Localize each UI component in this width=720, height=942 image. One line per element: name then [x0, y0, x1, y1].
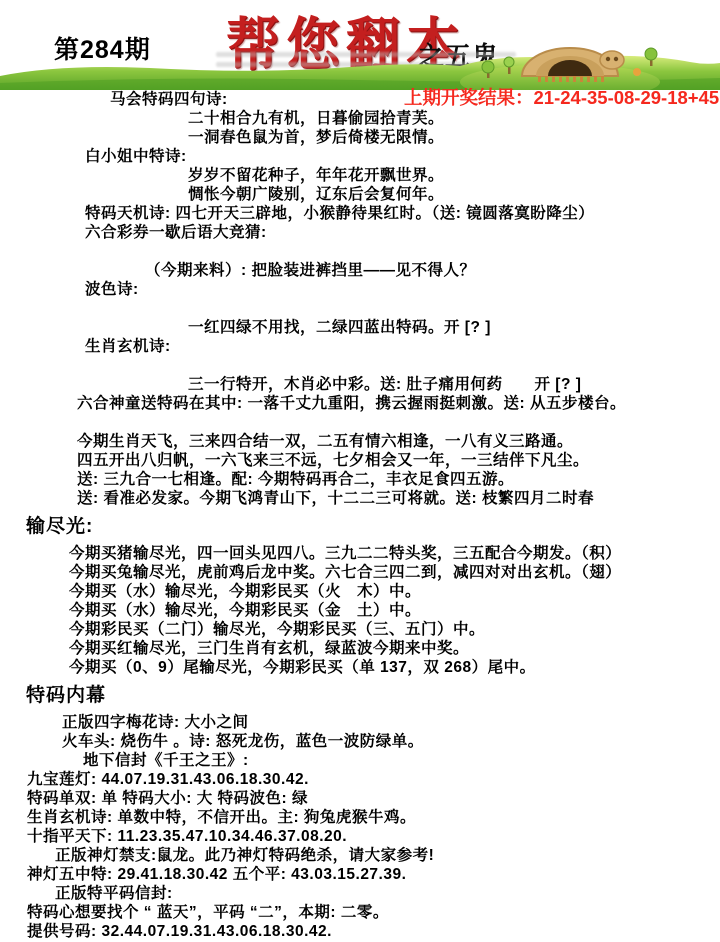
- text-line: 波色诗:: [85, 280, 720, 299]
- text-line: 九宝莲灯: 44.07.19.31.43.06.18.30.42.: [27, 770, 720, 789]
- text-line: 今期买（0、9）尾输尽光，今期彩民买（单 137，双 268）尾中。: [69, 658, 720, 677]
- text-line: 六合彩券一歇后语大竞猜:: [85, 223, 720, 242]
- text-line: 三一行特开，木肖必中彩。送: 肚子痛用何药 开 [? ]: [188, 375, 720, 394]
- text-line: 火车头: 烧伤牛 。诗: 怒死龙伤，蓝色一波防绿单。: [62, 732, 720, 751]
- text-line: 一洞春色鼠为首，梦后倚楼无限情。: [188, 128, 720, 147]
- text-line: 一红四绿不用找，二绿四蓝出特码。开 [? ]: [188, 318, 720, 337]
- text-line: 正版神灯禁支:鼠龙。此乃神灯特码绝杀，请大家参考!: [55, 846, 720, 865]
- masthead: 第284期 帮您翻本 之五鬼: [0, 0, 720, 90]
- text-line: 特码单双: 单 特码大小: 大 特码波色: 绿: [27, 789, 720, 808]
- text-line: 今期买（水）输尽光，今期彩民买（火 木）中。: [69, 582, 720, 601]
- text-line: 正版特平码信封:: [55, 884, 720, 903]
- blank-line: [85, 242, 720, 261]
- text-line: 提供号码: 32.44.07.19.31.43.06.18.30.42.: [27, 922, 720, 941]
- text-line: （今期来料）: 把脸装进裤挡里——见不得人？: [145, 261, 720, 280]
- text-line: 神灯五中特: 29.41.18.30.42 五个平: 43.03.15.27.3…: [27, 865, 720, 884]
- section-header: 特码内幕: [26, 677, 720, 713]
- grass-band-illustration: [0, 36, 720, 90]
- blank-line: [85, 356, 720, 375]
- text-line: 今期生肖天飞，三来四合结一双，二五有情六相逢，一八有义三路通。: [77, 432, 720, 451]
- text-line: 生肖玄机诗:: [85, 337, 720, 356]
- text-line: 今期买猪输尽光，四一回头见四八。三九二二特头奖，三五配合今期发。（积）: [69, 544, 720, 563]
- text-line: 马会特码四句诗:: [110, 90, 720, 109]
- text-line: 今期彩民买（二门）输尽光，今期彩民买（三、五门）中。: [69, 620, 720, 639]
- text-line: 送: 三九合一七相逢。配: 今期特码再合二，丰衣足食四五游。: [77, 470, 720, 489]
- text-line: 六合神童送特码在其中: 一落千丈九重阳，携云握雨挺刺激。送: 从五步楼台。: [77, 394, 720, 413]
- text-line: 惆怅今朝广陵别，辽东后会复何年。: [188, 185, 720, 204]
- text-line: 生肖玄机诗: 单数中特，不信开出。主: 狗兔虎猴牛鸡。: [27, 808, 720, 827]
- text-line: 今期买（水）输尽光，今期彩民买（金 土）中。: [69, 601, 720, 620]
- text-line: 特码天机诗: 四七开天三辟地，小猴静待果红时。（送: 镜圆落寞盼降尘）: [85, 204, 720, 223]
- text-line: 特码心想要找个 “ 蓝天”，平码 “二”，本期: 二零。: [27, 903, 720, 922]
- blank-line: [85, 299, 720, 318]
- text-line: 送: 看准必发家。今期飞鸿青山下，十二二三可将就。送: 枝繁四月二时春: [77, 489, 720, 508]
- text-line: 四五开出八归帆，一六飞来三不远，七夕相会又一年，一三结伴下凡尘。: [77, 451, 720, 470]
- text-line: 二十相合九有机，日暮偷园拾青芙。: [188, 109, 720, 128]
- section-header: 输尽光:: [26, 508, 720, 544]
- text-line: 正版四字梅花诗: 大小之间: [62, 713, 720, 732]
- blank-line: [85, 413, 720, 432]
- content-lines: 马会特码四句诗:二十相合九有机，日暮偷园拾青芙。一洞春色鼠为首，梦后倚楼无限情。…: [0, 90, 720, 941]
- text-line: 今期买红输尽光，三门生肖有玄机，绿蓝波今期来中奖。: [69, 639, 720, 658]
- text-line: 白小姐中特诗:: [85, 147, 720, 166]
- text-line: 今期买兔输尽光，虎前鸡后龙中奖。六七合三四二到，减四对对出玄机。（翅）: [69, 563, 720, 582]
- text-line: 岁岁不留花种子，年年花开飘世界。: [188, 166, 720, 185]
- text-line: 十指平天下: 11.23.35.47.10.34.46.37.08.20.: [27, 827, 720, 846]
- text-line: 地下信封《千王之王》:: [83, 751, 720, 770]
